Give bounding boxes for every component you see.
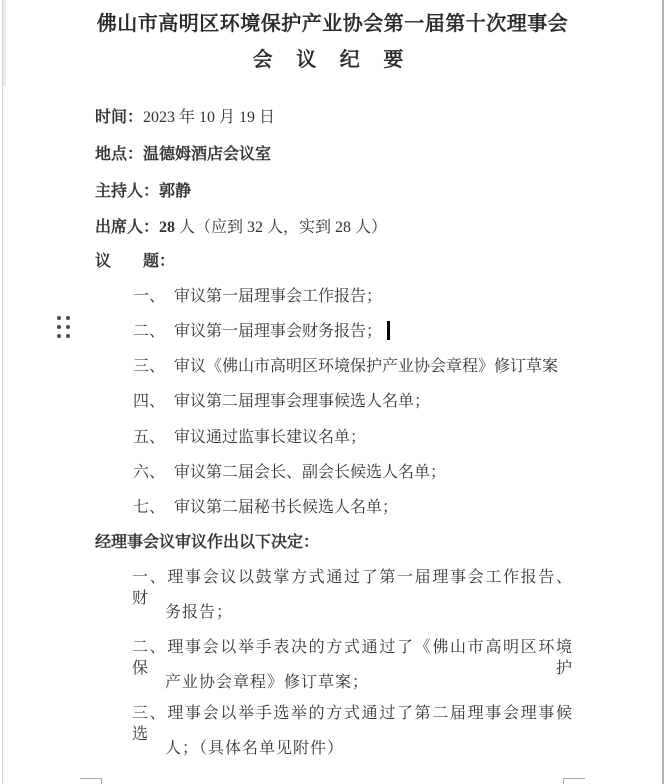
meta-location-label: 地点： xyxy=(95,146,143,163)
meta-location: 地点：温德姆酒店会议室 xyxy=(95,144,271,165)
agenda-item-6-number: 六、 xyxy=(133,462,165,483)
agenda-heading: 议 题： xyxy=(95,251,175,272)
paragraph-drag-handle-icon[interactable] xyxy=(57,316,72,341)
agenda-item-5-text: 审议通过监事长建议名单； xyxy=(174,429,366,446)
document-title-line2: 会 议 纪 要 xyxy=(0,50,665,71)
agenda-item-4-number: 四、 xyxy=(133,391,165,412)
agenda-item-6: 六、审议第二届会长、副会长候选人名单； xyxy=(133,462,446,483)
decision-3-line-2: 人；（具体名单见附件） xyxy=(165,738,344,759)
agenda-item-7-number: 七、 xyxy=(133,497,165,518)
agenda-item-4-text: 审议第二届理事会理事候选人名单； xyxy=(174,393,430,410)
agenda-item-4: 四、审议第二届理事会理事候选人名单； xyxy=(133,391,430,412)
agenda-item-3-text: 审议《佛山市高明区环境保护产业协会章程》修订草案 xyxy=(174,358,558,375)
agenda-item-3-number: 三、 xyxy=(133,356,165,377)
agenda-item-5: 五、审议通过监事长建议名单； xyxy=(133,427,366,448)
meta-host-label: 主持人： xyxy=(95,183,159,200)
agenda-item-2-number: 二、 xyxy=(133,321,165,342)
agenda-item-7: 七、审议第二届秘书长候选人名单； xyxy=(133,497,398,518)
agenda-item-2: 二、审议第一届理事会财务报告； xyxy=(133,321,390,342)
agenda-item-2-text: 审议第一届理事会财务报告； xyxy=(174,323,382,340)
meta-time: 时间：2023 年 10 月 19 日 xyxy=(95,107,275,128)
page-left-edge xyxy=(2,0,3,784)
decision-1-line-2: 务报告； xyxy=(165,602,233,623)
decisions-heading: 经理事会议审议作出以下决定： xyxy=(95,532,319,553)
agenda-item-5-number: 五、 xyxy=(133,427,165,448)
document-page: 佛山市高明区环境保护产业协会第一届第十次理事会 会 议 纪 要 时间：2023 … xyxy=(0,0,665,784)
next-page-corner-mark-right xyxy=(563,778,585,784)
document-title-line1: 佛山市高明区环境保护产业协会第一届第十次理事会 xyxy=(0,14,665,35)
meta-attendees: 出席人：28 人（应到 32 人，实到 28 人） xyxy=(95,217,387,238)
agenda-item-7-text: 审议第二届秘书长候选人名单； xyxy=(174,499,398,516)
meta-host: 主持人：郭静 xyxy=(95,181,191,202)
meta-attendees-strong: 28 xyxy=(159,219,175,236)
meta-attendees-label: 出席人： xyxy=(95,219,159,236)
meta-attendees-value: 人（应到 32 人，实到 28 人） xyxy=(175,219,387,236)
meta-host-strong: 郭静 xyxy=(159,183,191,200)
meta-location-strong: 温德姆酒店会议室 xyxy=(143,146,271,163)
next-page-corner-mark-left xyxy=(80,778,102,784)
page-right-edge xyxy=(662,0,664,784)
agenda-item-1-text: 审议第一届理事会工作报告； xyxy=(174,288,382,305)
agenda-item-1-number: 一、 xyxy=(133,286,165,307)
meta-time-value: 2023 年 10 月 19 日 xyxy=(143,109,275,126)
agenda-item-3: 三、审议《佛山市高明区环境保护产业协会章程》修订草案 xyxy=(133,356,558,377)
agenda-item-6-text: 审议第二届会长、副会长候选人名单； xyxy=(174,464,446,481)
decision-2-line-2: 产业协会章程》修订草案； xyxy=(165,672,369,693)
page-left-edge-band xyxy=(3,0,6,86)
text-cursor xyxy=(387,321,390,340)
agenda-item-1: 一、审议第一届理事会工作报告； xyxy=(133,286,382,307)
meta-time-label: 时间： xyxy=(95,109,143,126)
